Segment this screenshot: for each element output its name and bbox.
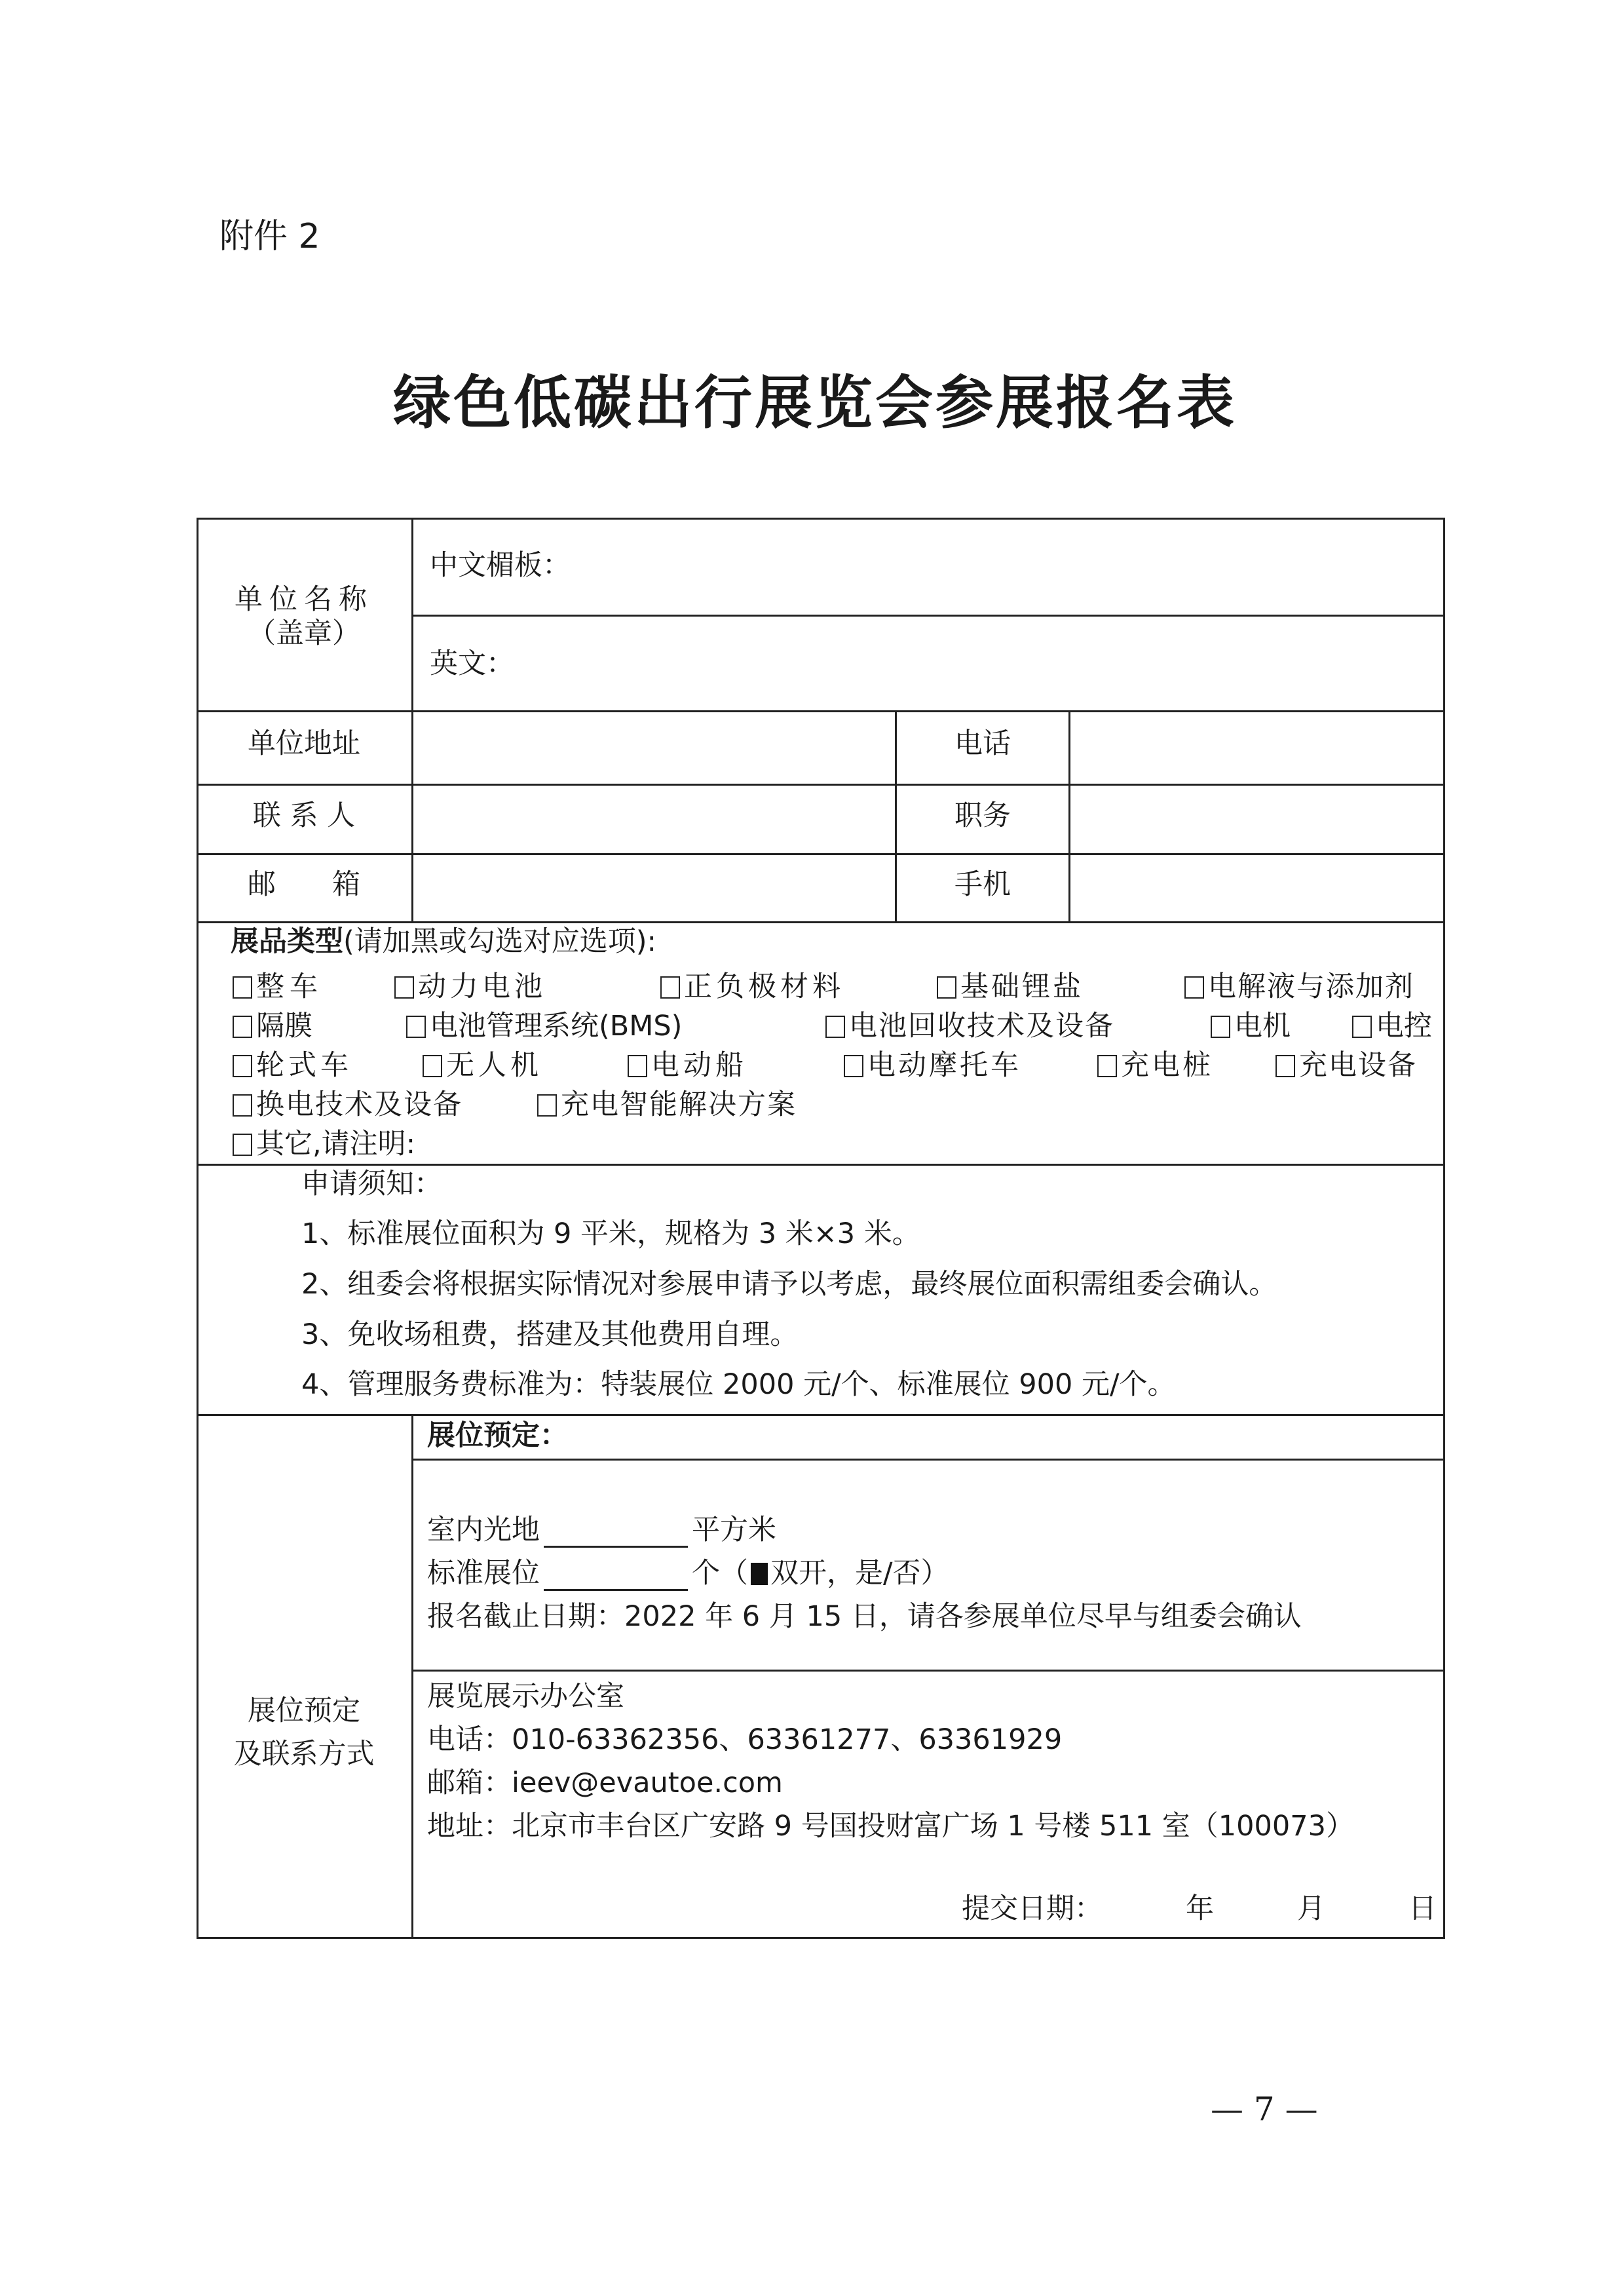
row-divider bbox=[197, 784, 1445, 786]
option-label: 充电智能解决方案 bbox=[561, 1088, 797, 1121]
category-option[interactable]: 电池管理系统(BMS) bbox=[406, 1004, 682, 1044]
category-option[interactable]: 电机 bbox=[1211, 1004, 1291, 1044]
note-item: 3、免收场租费，搭建及其他费用自理。 bbox=[301, 1318, 798, 1352]
row-divider bbox=[197, 1414, 1445, 1416]
option-label: 正负极材料 bbox=[684, 970, 844, 1003]
address-field[interactable] bbox=[415, 713, 892, 781]
category-option[interactable]: 电解液与添加剂 bbox=[1184, 965, 1414, 1004]
row-divider bbox=[197, 710, 1445, 712]
address-label: 单位地址 bbox=[197, 727, 411, 761]
org-name-divider bbox=[411, 615, 1445, 617]
option-label: 轮式车 bbox=[256, 1049, 352, 1082]
submit-day-label: 日 bbox=[1408, 1892, 1437, 1926]
attachment-label: 附件 2 bbox=[219, 208, 320, 258]
row-divider bbox=[197, 1164, 1445, 1166]
option-label: 电池回收技术及设备 bbox=[849, 1010, 1114, 1043]
checkbox-icon[interactable] bbox=[537, 1094, 557, 1117]
category-option[interactable]: 电动船 bbox=[628, 1043, 747, 1083]
table-border-bottom bbox=[197, 1937, 1445, 1939]
checkbox-icon[interactable] bbox=[233, 1134, 252, 1156]
chinese-signboard-label: 中文楣板： bbox=[430, 549, 571, 583]
page-number: — 7 — bbox=[1211, 2090, 1318, 2128]
booking-side-label-2: 及联系方式 bbox=[197, 1738, 411, 1772]
page-title: 绿色低碳出行展览会参展报名表 bbox=[393, 357, 1258, 440]
checkbox-icon[interactable] bbox=[825, 1016, 845, 1038]
label-column-divider bbox=[411, 1414, 413, 1938]
category-option[interactable]: 充电智能解决方案 bbox=[537, 1082, 797, 1122]
category-option[interactable]: 整车 bbox=[233, 965, 323, 1004]
indoor-space-unit: 平方米 bbox=[692, 1514, 776, 1546]
checkbox-icon[interactable] bbox=[1211, 1016, 1230, 1038]
indoor-space-label: 室内光地 bbox=[427, 1514, 540, 1546]
option-label: 无人机 bbox=[446, 1049, 542, 1082]
row-divider bbox=[197, 853, 1445, 855]
option-label: 充电设备 bbox=[1299, 1049, 1417, 1082]
categories-heading: 展品类型(请加黑或勾选对应选项): bbox=[231, 925, 656, 959]
checkbox-icon[interactable] bbox=[660, 976, 680, 999]
org-name-label: 单位名称 bbox=[197, 583, 411, 617]
note-item: 1、标准展位面积为 9 平米，规格为 3 米×3 米。 bbox=[301, 1217, 920, 1252]
categories-heading-bold: 展品类型 bbox=[231, 925, 343, 958]
row-divider bbox=[197, 921, 1445, 923]
indoor-space-input[interactable] bbox=[544, 1520, 688, 1548]
double-open-option: 双开，是/否） bbox=[770, 1557, 949, 1590]
note-item: 2、组委会将根据实际情况对参展申请予以考虑，最终展位面积需组委会确认。 bbox=[301, 1268, 1277, 1302]
option-label: 动力电池 bbox=[418, 970, 546, 1003]
option-label: 其它,请注明: bbox=[256, 1128, 415, 1160]
option-label: 基础锂盐 bbox=[960, 970, 1084, 1003]
row-divider bbox=[411, 1670, 1445, 1672]
checkbox-icon[interactable] bbox=[233, 1055, 252, 1077]
english-name-label: 英文： bbox=[430, 647, 514, 681]
filled-square-icon[interactable] bbox=[751, 1563, 768, 1585]
label-column-divider bbox=[411, 518, 413, 921]
notes-heading: 申请须知： bbox=[301, 1168, 442, 1202]
registration-form-table: 单位名称 （盖章） 中文楣板： 英文： 单位地址 电话 联 系 人 职务 邮 箱… bbox=[197, 518, 1445, 1938]
category-option[interactable]: 隔膜 bbox=[233, 1004, 312, 1044]
checkbox-icon[interactable] bbox=[1184, 976, 1204, 999]
checkbox-icon[interactable] bbox=[233, 976, 252, 999]
option-label: 电动船 bbox=[651, 1049, 747, 1082]
row-divider bbox=[411, 1459, 1445, 1461]
standard-booth-unit: 个（ bbox=[692, 1557, 748, 1590]
category-option[interactable]: 无人机 bbox=[423, 1043, 542, 1083]
standard-booth-row: 标准展位个（双开，是/否） bbox=[427, 1557, 949, 1591]
position-field[interactable] bbox=[1072, 786, 1441, 851]
option-label: 整车 bbox=[256, 970, 323, 1003]
contact-phone: 电话：010-63362356、63361277、63361929 bbox=[427, 1723, 1062, 1757]
checkbox-icon[interactable] bbox=[394, 976, 414, 999]
option-label: 电动摩托车 bbox=[867, 1049, 1021, 1082]
checkbox-icon[interactable] bbox=[844, 1055, 863, 1077]
deadline-text: 报名截止日期：2022 年 6 月 15 日，请各参展单位尽早与组委会确认 bbox=[427, 1600, 1302, 1634]
option-label: 换电技术及设备 bbox=[256, 1088, 463, 1121]
category-row: 整车 动力电池 正负极材料 基础锂盐 电解液与添加剂 bbox=[223, 965, 1428, 1004]
contact-person-field[interactable] bbox=[415, 786, 892, 851]
mobile-field[interactable] bbox=[1072, 856, 1441, 919]
category-row: 换电技术及设备 充电智能解决方案 bbox=[223, 1082, 1428, 1122]
mobile-label: 手机 bbox=[897, 868, 1068, 902]
category-option[interactable]: 充电设备 bbox=[1275, 1043, 1417, 1083]
submit-year-label: 年 bbox=[1186, 1892, 1214, 1926]
option-label: 充电桩 bbox=[1121, 1049, 1213, 1082]
submit-month-label: 月 bbox=[1297, 1892, 1325, 1926]
category-row: 轮式车 无人机 电动船 电动摩托车 充电桩 充电设备 bbox=[223, 1043, 1428, 1082]
submit-date-label: 提交日期： bbox=[962, 1892, 1103, 1926]
checkbox-icon[interactable] bbox=[1352, 1016, 1372, 1038]
category-row: 其它,请注明: bbox=[223, 1122, 1428, 1161]
phone-label: 电话 bbox=[897, 727, 1068, 761]
checkbox-icon[interactable] bbox=[628, 1055, 647, 1077]
note-item: 4、管理服务费标准为：特装展位 2000 元/个、标准展位 900 元/个。 bbox=[301, 1368, 1176, 1402]
office-name: 展览展示办公室 bbox=[427, 1680, 624, 1714]
category-option[interactable]: 电控 bbox=[1352, 1004, 1432, 1044]
checkbox-icon[interactable] bbox=[406, 1016, 426, 1038]
category-option[interactable]: 轮式车 bbox=[233, 1043, 352, 1083]
contact-person-label: 联 系 人 bbox=[197, 799, 411, 833]
checkbox-icon[interactable] bbox=[1275, 1055, 1295, 1077]
column-divider bbox=[1068, 710, 1070, 921]
booking-heading: 展位预定： bbox=[427, 1419, 568, 1453]
checkbox-icon[interactable] bbox=[1097, 1055, 1117, 1077]
phone-field[interactable] bbox=[1072, 713, 1441, 781]
english-name-field[interactable] bbox=[511, 629, 1428, 701]
email-label: 邮 箱 bbox=[197, 868, 411, 902]
category-option-other[interactable]: 其它,请注明: bbox=[233, 1122, 415, 1162]
category-option[interactable]: 动力电池 bbox=[394, 965, 546, 1004]
indoor-space-row: 室内光地平方米 bbox=[427, 1514, 776, 1548]
checkbox-icon[interactable] bbox=[937, 976, 956, 999]
category-option[interactable]: 电池回收技术及设备 bbox=[825, 1004, 1114, 1044]
org-name-stamp-note: （盖章） bbox=[197, 617, 411, 651]
option-label: 电机 bbox=[1234, 1010, 1291, 1043]
email-field[interactable] bbox=[415, 856, 892, 919]
contact-address: 地址：北京市丰台区广安路 9 号国投财富广场 1 号楼 511 室（100073… bbox=[427, 1810, 1354, 1844]
checkbox-icon[interactable] bbox=[233, 1016, 252, 1038]
checkbox-icon[interactable] bbox=[233, 1094, 252, 1117]
categories-heading-instructions: (请加黑或勾选对应选项): bbox=[343, 925, 656, 958]
option-label: 电解液与添加剂 bbox=[1208, 970, 1414, 1003]
option-label: 隔膜 bbox=[256, 1010, 312, 1043]
contact-email: 邮箱：ieev@evautoe.com bbox=[427, 1767, 783, 1801]
option-label: 电池管理系统(BMS) bbox=[430, 1010, 682, 1043]
standard-booth-label: 标准展位 bbox=[427, 1557, 540, 1590]
category-option[interactable]: 充电桩 bbox=[1097, 1043, 1213, 1083]
category-option[interactable]: 正负极材料 bbox=[660, 965, 844, 1004]
category-option[interactable]: 电动摩托车 bbox=[844, 1043, 1021, 1083]
category-row: 隔膜 电池管理系统(BMS) 电池回收技术及设备 电机 电控 bbox=[223, 1004, 1428, 1043]
table-border-top bbox=[197, 518, 1445, 520]
category-option[interactable]: 换电技术及设备 bbox=[233, 1082, 463, 1122]
table-border-right bbox=[1443, 518, 1445, 1939]
option-label: 电控 bbox=[1376, 1010, 1432, 1043]
position-label: 职务 bbox=[897, 799, 1068, 833]
category-option[interactable]: 基础锂盐 bbox=[937, 965, 1084, 1004]
checkbox-icon[interactable] bbox=[423, 1055, 442, 1077]
booking-side-label: 展位预定 bbox=[197, 1694, 411, 1729]
chinese-signboard-field[interactable] bbox=[576, 531, 1428, 603]
standard-booth-input[interactable] bbox=[544, 1563, 688, 1591]
